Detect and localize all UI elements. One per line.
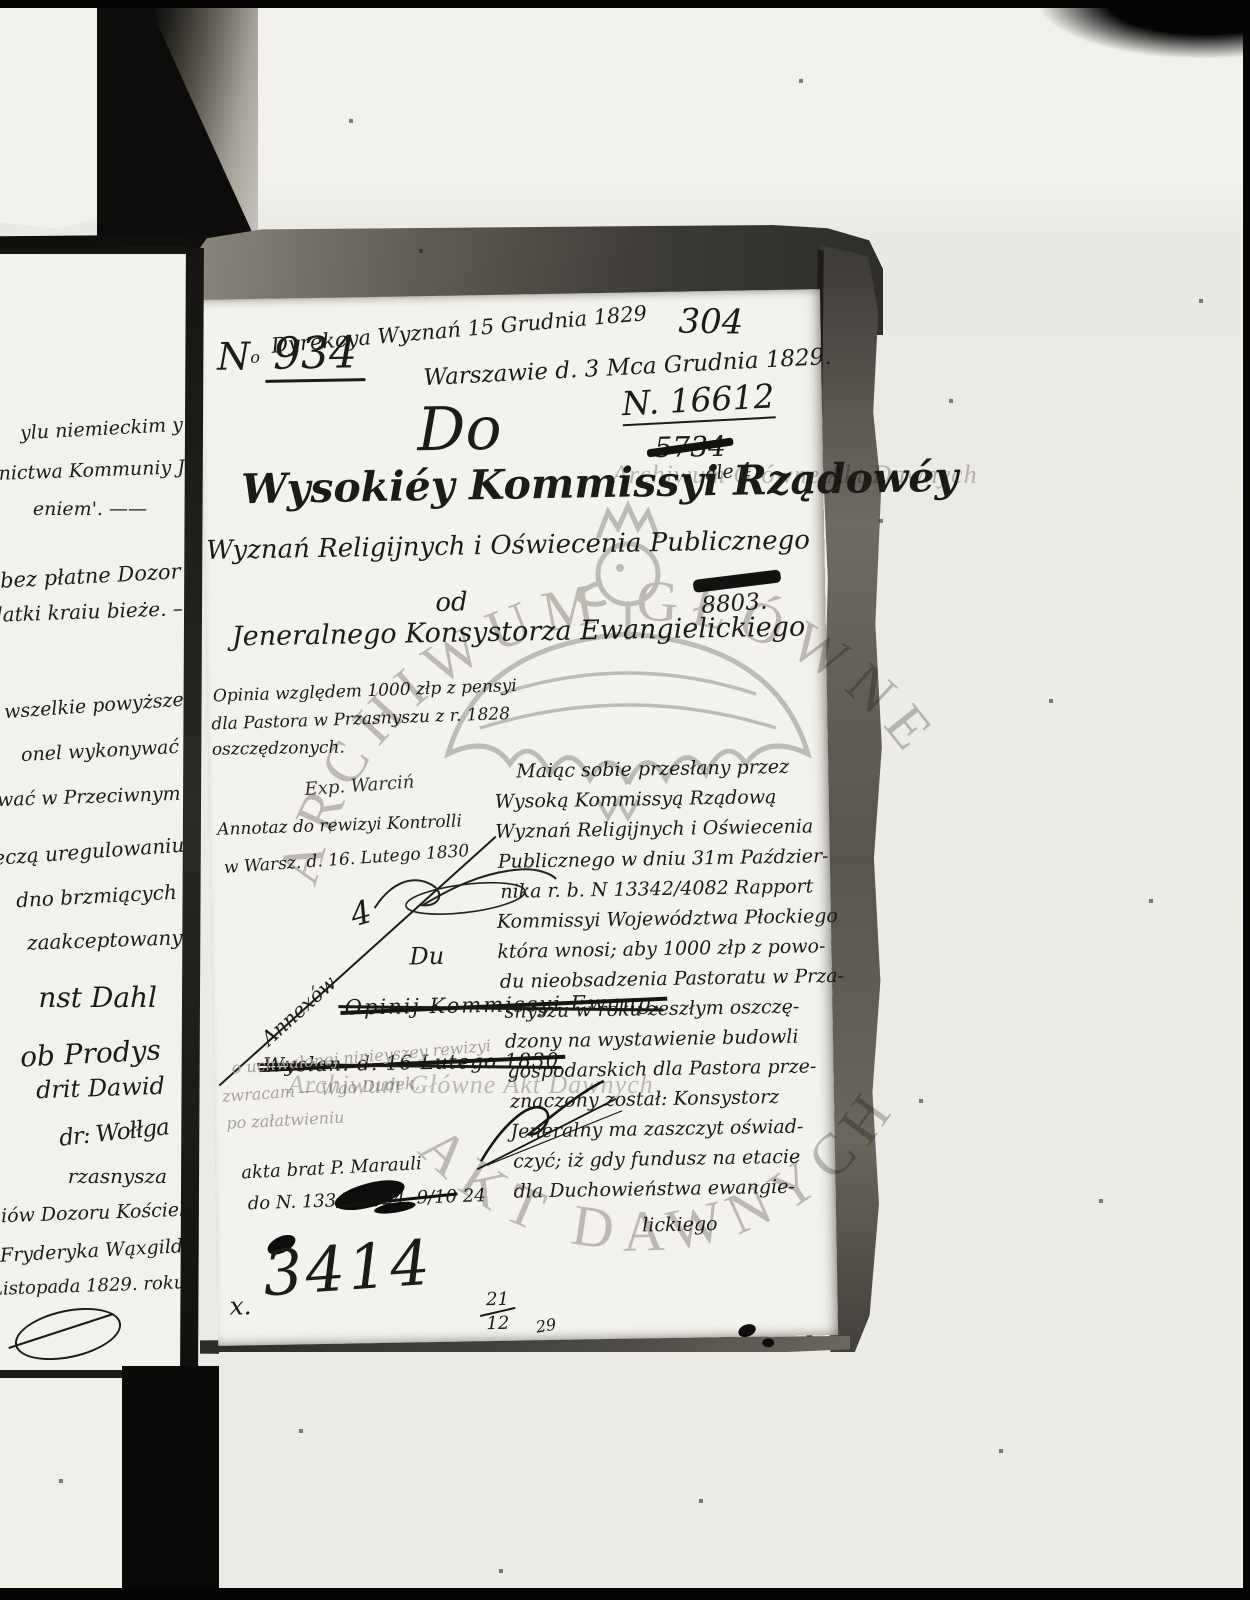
left-page-line: wać w Przeciwnym	[0, 785, 181, 810]
left-page-line: podatki kraiu bieże. –	[0, 598, 183, 626]
left-page-line: iąt wszelkie powyższe	[0, 691, 184, 725]
left-page-line: Fryderyka Wąxgild	[0, 1237, 183, 1266]
left-page-line: estnictwa Kommuniy J	[0, 458, 185, 484]
left-page: ylu niemieckim y estnictwa Kommuniy J en…	[0, 254, 187, 1370]
left-page-line: iów Dozoru Kościel	[1, 1201, 186, 1226]
left-page-line: dno brzmiących	[16, 882, 178, 910]
top-page-block-left	[0, 8, 97, 236]
fraction-denominator: 12	[486, 1315, 509, 1333]
lower-left-page-block	[0, 1378, 122, 1590]
left-page-line: rzeczą uregulowaniu	[0, 835, 185, 870]
frame-top	[0, 0, 1250, 8]
frame-right	[1243, 0, 1250, 1600]
archival-photo: ylu niemieckim y estnictwa Kommuniy J en…	[0, 0, 1250, 1600]
left-page-line: ylu niemieckim y	[20, 416, 184, 444]
left-page-line: onel wykonywać	[20, 738, 179, 765]
frame-bottom	[0, 1588, 1250, 1600]
watermark-seal: ARCHIWUM GŁÓWNE AKT DAWNYCH	[180, 330, 1100, 1310]
left-page-line: bez płatne Dozor	[0, 561, 181, 591]
signature-flourish	[10, 1299, 126, 1368]
left-page-line: dr: Wołłga	[58, 1116, 170, 1150]
lower-right-page-block	[219, 1352, 1243, 1590]
watermark-arc-top: ARCHIWUM GŁÓWNE	[265, 567, 953, 891]
left-page-line: 4. Listopada 1829. roku	[0, 1274, 185, 1300]
left-page-line: nst Dahl	[38, 984, 157, 1012]
watermark-arc-bottom: AKT DAWNYCH	[407, 1073, 910, 1264]
page-gap-strip-lower	[122, 1366, 219, 1592]
left-page-line: eniem'. ——	[33, 500, 147, 519]
left-page-line: rzasnysza	[68, 1166, 167, 1186]
dust-speckles	[0, 0, 2, 2]
left-page-line: drit Dawid	[36, 1074, 166, 1102]
left-page-line: zaakceptowany	[27, 927, 183, 952]
top-right-dark-blob	[1040, 0, 1250, 58]
exhibit-year: 29	[535, 1317, 558, 1336]
left-page-line: ob Prodys	[19, 1036, 161, 1071]
